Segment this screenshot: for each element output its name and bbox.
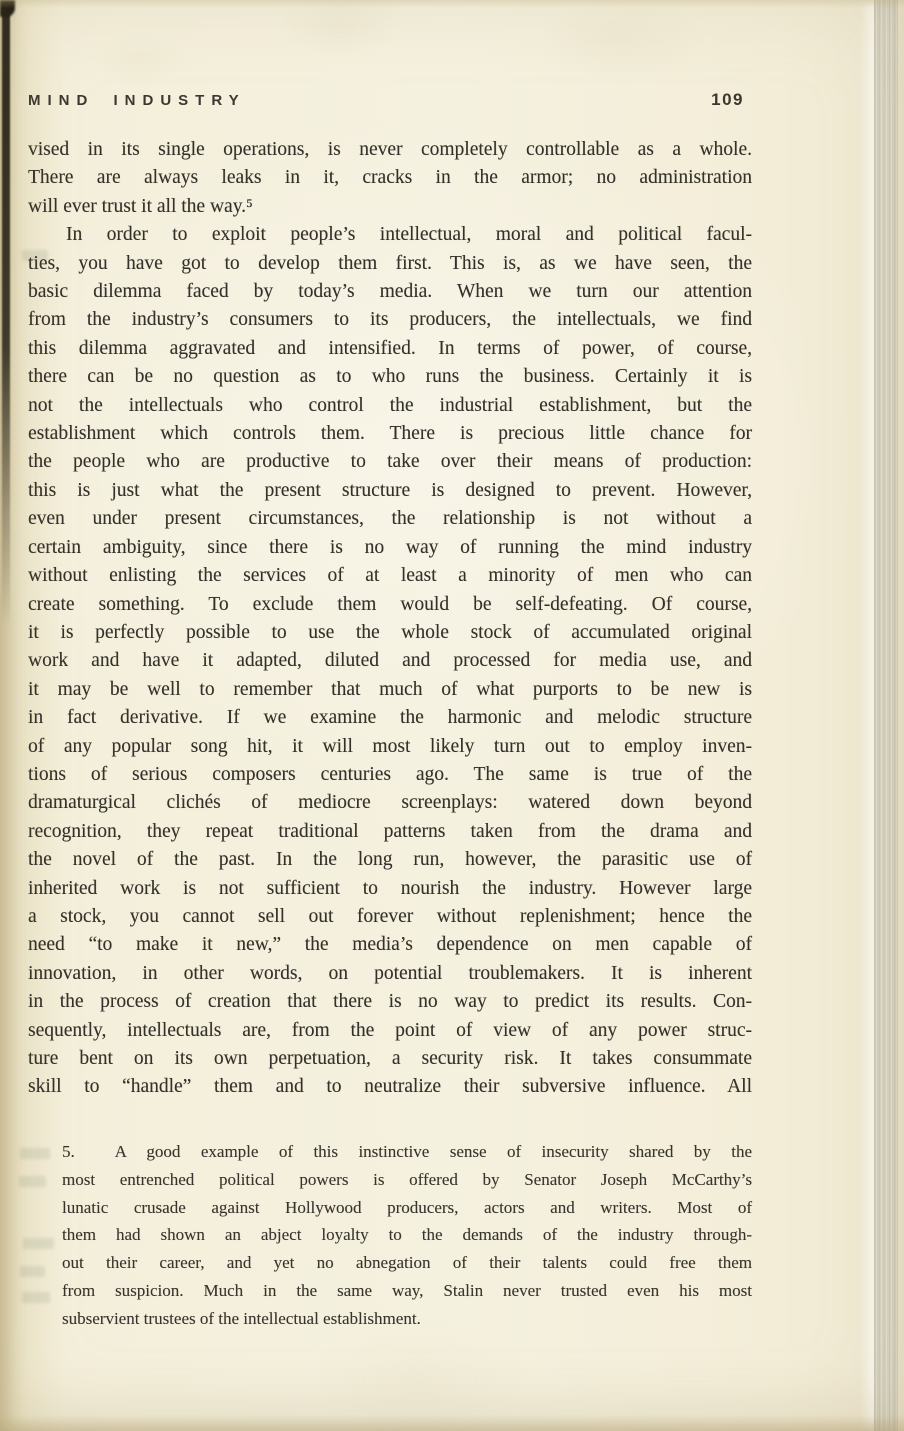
body-text-line: ties, you have got to develop them first…: [28, 250, 752, 278]
spine-edge-shadow: [2, 6, 10, 626]
body-text-line: there can be no question as to who runs …: [28, 363, 752, 391]
body-text-line: There are always leaks in it, cracks in …: [28, 164, 752, 192]
page-bottom-edge-shade: [0, 1415, 904, 1431]
page-stack-edge: [874, 0, 898, 1431]
body-text-line: innovation, in other words, on potential…: [28, 960, 752, 988]
body-text-line: the novel of the past. In the long run, …: [28, 846, 752, 874]
running-title: MIND INDUSTRY: [28, 92, 246, 109]
body-text-line: will ever trust it all the way.⁵: [28, 193, 752, 221]
body-text-line: sequently, intellectuals are, from the p…: [28, 1017, 752, 1045]
body-text-line: inherited work is not sufficient to nour…: [28, 875, 752, 903]
book-page-scan: MIND INDUSTRY 109 vised in its single op…: [0, 0, 904, 1431]
body-text-line: without enlisting the services of at lea…: [28, 562, 752, 590]
body-text-line: ture bent on its own perpetuation, a sec…: [28, 1045, 752, 1073]
body-text-line: in the process of creation that there is…: [28, 988, 752, 1016]
body-text-line: certain ambiguity, since there is no way…: [28, 534, 752, 562]
body-text-line: in fact derivative. If we examine the ha…: [28, 704, 752, 732]
footnote-line: subservient trustees of the intellectual…: [62, 1305, 752, 1333]
page-right-margin-edge: [898, 0, 904, 1431]
bleedthrough-mark: [23, 1238, 54, 1249]
page-top-edge-shade: [0, 0, 904, 8]
footnote-line: 5. A good example of this instinctive se…: [62, 1138, 752, 1166]
body-text-line: of any popular song hit, it will most li…: [28, 733, 752, 761]
bleedthrough-mark: [19, 1176, 46, 1187]
body-text-line: need “to make it new,” the media’s depen…: [28, 931, 752, 959]
body-text-line: even under present circumstances, the re…: [28, 505, 752, 533]
body-text-line: from the industry’s consumers to its pro…: [28, 306, 752, 334]
body-text-line: this is just what the present structure …: [28, 477, 752, 505]
running-header: MIND INDUSTRY 109: [28, 90, 752, 110]
body-text-line: create something. To exclude them would …: [28, 591, 752, 619]
body-text-line: recognition, they repeat traditional pat…: [28, 818, 752, 846]
body-text-line: tions of serious composers centuries ago…: [28, 761, 752, 789]
body-text-line: work and have it adapted, diluted and pr…: [28, 647, 752, 675]
body-text-line: basic dilemma faced by today’s media. Wh…: [28, 278, 752, 306]
footnote-line: from suspicion. Much in the same way, St…: [62, 1277, 752, 1305]
body-text-line: it is perfectly possible to use the whol…: [28, 619, 752, 647]
footnote-line: lunatic crusade against Hollywood produc…: [62, 1194, 752, 1222]
body-text-line: In order to exploit people’s intellectua…: [28, 221, 752, 249]
body-text-line: this dilemma aggravated and intensified.…: [28, 335, 752, 363]
body-text-line: dramaturgical clichés of mediocre screen…: [28, 789, 752, 817]
body-text-line: the people who are productive to take ov…: [28, 448, 752, 476]
body-text-line: skill to “handle” them and to neutralize…: [28, 1073, 752, 1101]
bleedthrough-mark: [20, 1148, 50, 1159]
body-text-line: vised in its single operations, is never…: [28, 136, 752, 164]
bleedthrough-mark: [20, 1266, 45, 1277]
body-text: vised in its single operations, is never…: [28, 136, 752, 1102]
footnote-line: them had shown an abject loyalty to the …: [62, 1221, 752, 1249]
body-text-line: it may be well to remember that much of …: [28, 676, 752, 704]
bleedthrough-mark: [22, 1292, 50, 1303]
body-text-line: a stock, you cannot sell out forever wit…: [28, 903, 752, 931]
footnote-block: 5. A good example of this instinctive se…: [62, 1138, 752, 1333]
body-text-line: not the intellectuals who control the in…: [28, 392, 752, 420]
page-number: 109: [711, 90, 744, 110]
footnote-line: out their career, and yet no abnegation …: [62, 1249, 752, 1277]
body-text-line: establishment which controls them. There…: [28, 420, 752, 448]
footnote-line: most entrenched political powers is offe…: [62, 1166, 752, 1194]
